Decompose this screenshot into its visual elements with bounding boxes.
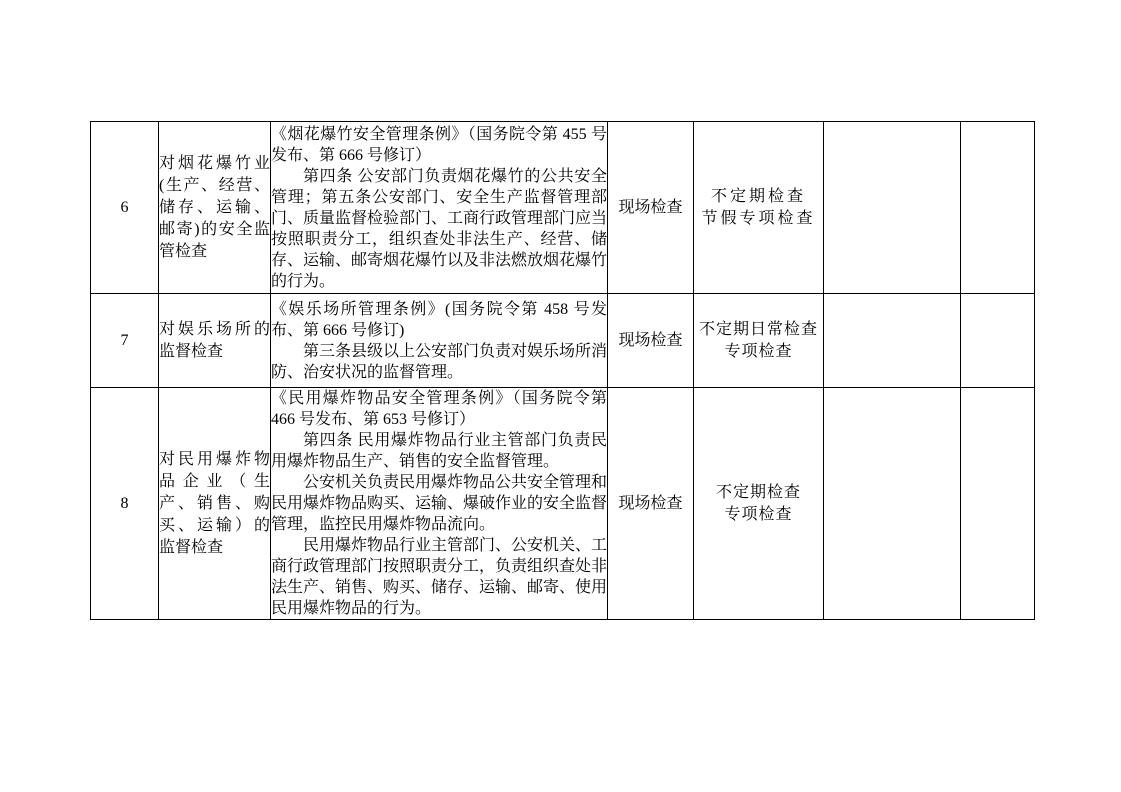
table-row: 6 对烟花爆竹业(生产、经营、储存、运输、邮寄)的安全监管检查 《烟花爆竹安全管… [91,122,1035,294]
frequency-cell: 不定期检查 节假专项检查 [694,122,824,294]
frequency-line: 不定期日常检查 [694,319,823,341]
row-number: 8 [121,495,129,512]
row-number-cell: 8 [91,388,159,620]
basis-cell: 《民用爆炸物品安全管理条例》（国务院令第 466 号发布、第 653 号修订） … [271,388,608,620]
basis-cell: 《烟花爆竹安全管理条例》（国务院令第 455 号发布、第 666 号修订） 第四… [271,122,608,294]
table-row: 7 对娱乐场所的监督检查 《娱乐场所管理条例》(国务院令第 458 号发布、第 … [91,294,1035,388]
item-cell: 对民用爆炸物品企业（生产、销售、购买、运输）的监督检查 [159,388,271,620]
frequency-cell: 不定期日常检查 专项检查 [694,294,824,388]
item-cell: 对烟花爆竹业(生产、经营、储存、运输、邮寄)的安全监管检查 [159,122,271,294]
frequency-line: 节假专项检查 [694,208,823,230]
remark-cell-1 [824,294,961,388]
method-cell: 现场检查 [608,122,694,294]
method-text: 现场检查 [618,199,682,216]
frequency-line: 不定期检查 [694,186,823,208]
basis-paragraph: 《民用爆炸物品安全管理条例》（国务院令第 466 号发布、第 653 号修订） [271,388,607,430]
item-cell: 对娱乐场所的监督检查 [159,294,271,388]
basis-paragraph: 第四条 公安部门负责烟花爆竹的公共安全管理；第五条公安部门、安全生产监督管理部门… [271,166,607,292]
basis-cell: 《娱乐场所管理条例》(国务院令第 458 号发布、第 666 号修订) 第三条县… [271,294,608,388]
method-cell: 现场检查 [608,388,694,620]
remark-cell-2 [961,294,1035,388]
basis-paragraph: 民用爆炸物品行业主管部门、公安机关、工商行政管理部门按照职责分工，负责组织查处非… [271,535,607,619]
row-number-cell: 6 [91,122,159,294]
frequency-line: 不定期检查 [694,482,823,504]
remark-cell-2 [961,122,1035,294]
row-number: 6 [121,199,129,216]
method-text: 现场检查 [618,495,682,512]
method-text: 现场检查 [618,332,682,349]
basis-paragraph: 《娱乐场所管理条例》(国务院令第 458 号发布、第 666 号修订) [271,299,607,341]
inspection-table: 6 对烟花爆竹业(生产、经营、储存、运输、邮寄)的安全监管检查 《烟花爆竹安全管… [90,121,1035,620]
remark-cell-1 [824,122,961,294]
basis-paragraph: 第四条 民用爆炸物品行业主管部门负责民用爆炸物品生产、销售的安全监督管理。 [271,430,607,472]
document-page: 6 对烟花爆竹业(生产、经营、储存、运输、邮寄)的安全监管检查 《烟花爆竹安全管… [0,0,1121,792]
item-text: 对娱乐场所的监督检查 [159,321,270,360]
basis-paragraph: 《烟花爆竹安全管理条例》（国务院令第 455 号发布、第 666 号修订） [271,124,607,166]
row-number: 7 [121,332,129,349]
remark-cell-1 [824,388,961,620]
method-cell: 现场检查 [608,294,694,388]
frequency-cell: 不定期检查 专项检查 [694,388,824,620]
item-text: 对烟花爆竹业(生产、经营、储存、运输、邮寄)的安全监管检查 [159,155,270,260]
remark-cell-2 [961,388,1035,620]
basis-paragraph: 公安机关负责民用爆炸物品公共安全管理和民用爆炸物品购买、运输、爆破作业的安全监督… [271,472,607,535]
frequency-line: 专项检查 [694,504,823,526]
frequency-line: 专项检查 [694,341,823,363]
table-row: 8 对民用爆炸物品企业（生产、销售、购买、运输）的监督检查 《民用爆炸物品安全管… [91,388,1035,620]
basis-paragraph: 第三条县级以上公安部门负责对娱乐场所消防、治安状况的监督管理。 [271,341,607,383]
row-number-cell: 7 [91,294,159,388]
item-text: 对民用爆炸物品企业（生产、销售、购买、运输）的监督检查 [159,451,270,556]
